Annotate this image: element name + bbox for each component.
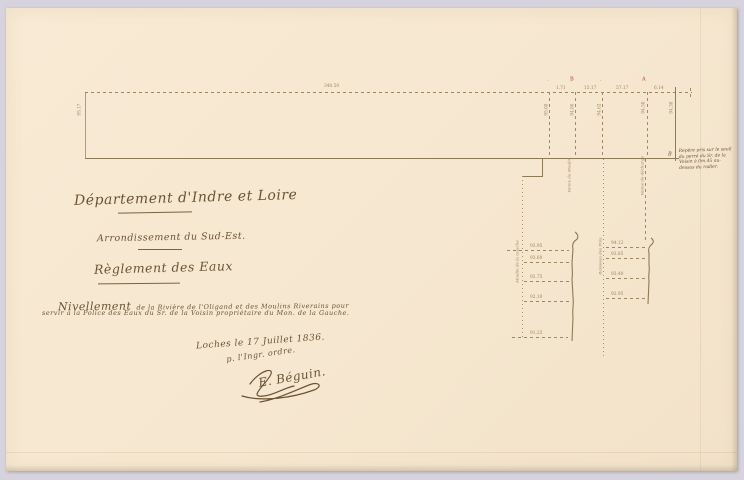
station-letter-red-a: A xyxy=(642,77,646,82)
elevation-column: 95.08 xyxy=(544,102,548,115)
elevation-column: 94.50 xyxy=(641,100,645,113)
profile-caption-g2-top: Vanne de décharge xyxy=(640,172,644,195)
water-level-rung xyxy=(524,301,569,302)
rung-elevation: 93.85 xyxy=(611,252,623,256)
station-letter-red-b: B xyxy=(570,77,574,82)
reference-line-g2b xyxy=(645,159,646,243)
step-horizontal xyxy=(522,176,543,177)
interval-label: 57.17 xyxy=(616,86,628,90)
interval-label: 15.17 xyxy=(584,86,596,90)
elevation-column: 95.17 xyxy=(77,102,81,115)
station-tick-mark: · xyxy=(600,79,602,84)
step-vertical xyxy=(542,158,543,176)
interval-label: 1.71 xyxy=(556,86,566,90)
note-line: dessus du radier. xyxy=(679,163,732,169)
station-line-1 xyxy=(549,92,550,158)
rung-elevation: 92.10 xyxy=(530,295,542,299)
profile-caption-g1: Moulin de la Gauche xyxy=(515,257,519,283)
line-end-tick xyxy=(690,88,691,97)
elevation-column: 94.38 xyxy=(669,100,673,113)
paper-edge-right xyxy=(731,8,737,471)
station-tick-mark: · xyxy=(547,79,549,84)
distance-label: 340.50 xyxy=(324,84,339,88)
rung-elevation: 92.75 xyxy=(530,275,542,279)
rung-elevation: 94.12 xyxy=(611,241,623,245)
water-level-rung xyxy=(512,337,568,338)
levelling-top-dashed-line xyxy=(85,92,692,93)
rung-elevation: 93.60 xyxy=(530,256,542,260)
endpoint-letter-b: B xyxy=(668,152,672,157)
station-line-2 xyxy=(575,92,576,158)
elevation-column: 94.86 xyxy=(570,102,574,115)
stream-profile-line-1 xyxy=(562,230,580,342)
profile-caption-g1-top: Vanne du Moulin xyxy=(567,169,571,192)
paragraph-line2: servir à la Police des Eaux du Sr. de la… xyxy=(42,309,349,317)
station-line-3 xyxy=(602,92,603,158)
station-line-4 xyxy=(647,92,648,158)
station-line-5 xyxy=(675,87,676,161)
rung-elevation: 93.95 xyxy=(530,244,542,248)
water-level-rung xyxy=(524,281,569,282)
underline-arrondissement xyxy=(138,249,182,250)
signature-block: E. Béguin. xyxy=(212,356,342,408)
interval-label: 6.14 xyxy=(654,86,664,90)
rung-elevation: 92.95 xyxy=(611,292,623,296)
paper-crease-horizontal xyxy=(6,452,737,453)
water-level-rung xyxy=(606,247,646,248)
paper-crease-vertical xyxy=(700,8,701,470)
scanned-plan-page: 340.50 1.71 15.17 57.17 6.14 B A · · 95.… xyxy=(0,0,744,480)
profile-caption-g2: Ruisseau des Prés xyxy=(598,249,602,275)
water-level-rung xyxy=(606,298,646,299)
reference-line-g2 xyxy=(603,159,604,357)
water-level-rung xyxy=(606,278,646,279)
reference-line-g1 xyxy=(522,176,523,338)
rung-elevation: 91.25 xyxy=(530,331,542,335)
water-level-rung xyxy=(606,258,646,259)
water-level-rung xyxy=(524,262,569,263)
levelling-base-line xyxy=(85,158,679,159)
rung-elevation: 93.40 xyxy=(611,272,623,276)
paper-edge-bottom xyxy=(6,465,737,471)
benchmark-note: Repère pris sur le seuil du perré du Sr.… xyxy=(679,145,744,173)
elevation-column: 94.62 xyxy=(597,102,601,115)
band-left-edge-line xyxy=(85,92,86,159)
